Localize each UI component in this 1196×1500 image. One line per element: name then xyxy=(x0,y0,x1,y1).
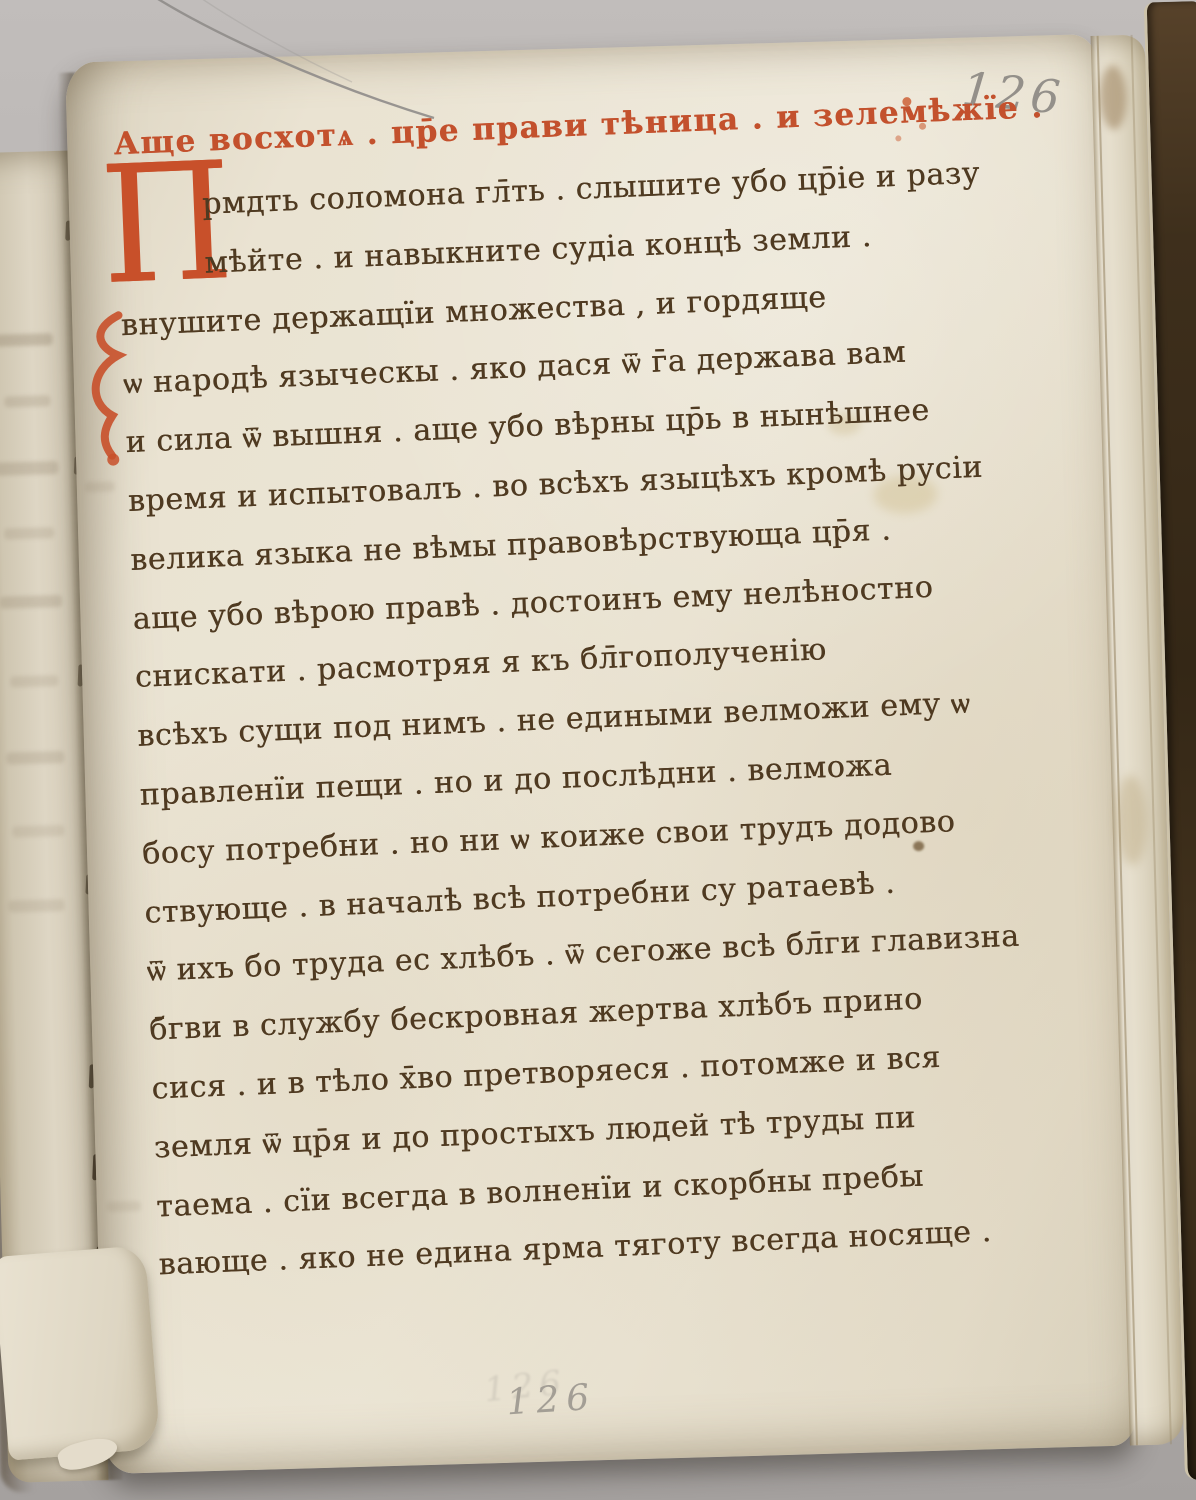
showthrough-mark xyxy=(8,899,64,913)
showthrough-mark xyxy=(0,333,53,347)
showthrough-mark xyxy=(0,461,58,476)
folio-number-bottom: 126 xyxy=(505,1377,597,1424)
manuscript-page: 126 126 126 Аще восхотѧ . цр̄е прави тѣн… xyxy=(65,34,1136,1474)
showthrough-mark xyxy=(10,675,58,687)
showthrough-mark xyxy=(107,1201,141,1212)
showthrough-mark xyxy=(85,481,115,492)
hair-strand xyxy=(0,0,520,180)
torn-corner-flap xyxy=(0,1245,161,1461)
showthrough-mark xyxy=(12,825,64,837)
edge-stain xyxy=(1099,65,1127,130)
showthrough-mark xyxy=(4,395,50,407)
photo-background: 126 126 126 Аще восхотѧ . цр̄е прави тѣн… xyxy=(0,0,1196,1500)
showthrough-mark xyxy=(4,527,54,539)
text-block: Аще восхотѧ . цр̄е прави тѣница . и зеле… xyxy=(112,79,1015,1296)
book: 126 126 126 Аще восхотѧ . цр̄е прави тѣн… xyxy=(0,1,1196,1500)
showthrough-mark xyxy=(0,595,62,609)
showthrough-mark xyxy=(6,751,64,765)
